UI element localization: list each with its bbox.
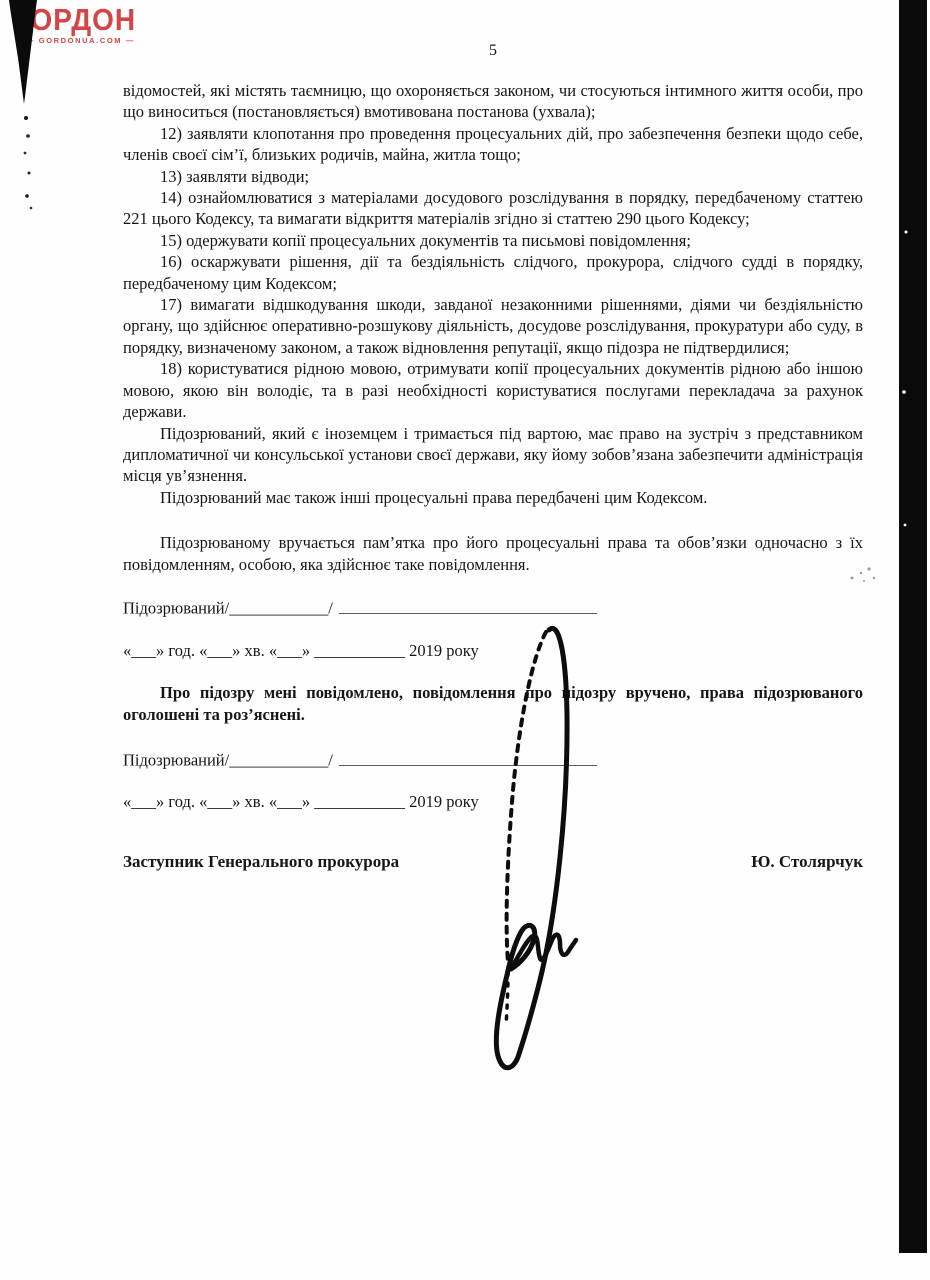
datetime-line-1: «___» год. «___» хв. «___» ___________ 2…: [123, 640, 863, 661]
gordon-logo-subtext: — GORDONUA.COM —: [26, 36, 136, 45]
paragraph-item-14: 14) ознайомлюватися з матеріалами досудо…: [123, 187, 863, 230]
paragraph-continuation: відомостей, які містять таємницю, що охо…: [123, 80, 863, 123]
suspect-label: Підозрюваний/: [123, 751, 229, 770]
paragraph-item-16: 16) оскаржувати рішення, дії та бездіяль…: [123, 251, 863, 294]
slash-separator: /: [328, 751, 333, 770]
paragraph-foreigner: Підозрюваний, який є іноземцем і тримаєт…: [123, 423, 863, 487]
paragraph-item-18: 18) користуватися рідною мовою, отримува…: [123, 358, 863, 422]
signature-blank: ____________: [229, 599, 328, 618]
gordon-watermark: ГОРДОН — GORDONUA.COM —: [14, 6, 136, 45]
datetime-line-2: «___» год. «___» хв. «___» ___________ 2…: [123, 791, 863, 812]
suspect-label: Підозрюваний/: [123, 599, 229, 618]
suspect-signature-line-2: Підозрюваний/____________/: [123, 749, 863, 771]
paragraph-item-15: 15) одержувати копії процесуальних докум…: [123, 230, 863, 251]
suspect-signature-line-1: Підозрюваний/____________/: [123, 597, 863, 619]
gordon-logo-text: ГОРДОН: [14, 6, 136, 34]
signature-rule: [339, 597, 597, 614]
paragraph-other-rights: Підозрюваний має також інші процесуальні…: [123, 487, 863, 508]
signature-blank: ____________: [229, 751, 328, 770]
signatory-title: Заступник Генерального прокурора: [123, 851, 399, 873]
acknowledgement-paragraph: Про підозру мені повідомлено, повідомлен…: [123, 682, 863, 725]
signatory-row: Заступник Генерального прокурора Ю. Стол…: [123, 851, 863, 873]
page-number: 5: [123, 42, 863, 60]
scan-edge-bar-right: [899, 0, 927, 1253]
paragraph-item-13: 13) заявляти відводи;: [123, 166, 863, 187]
document-body: відомостей, які містять таємницю, що охо…: [123, 80, 863, 873]
signatory-name: Ю. Столярчук: [751, 851, 863, 873]
scanned-document-page: ГОРДОН — GORDONUA.COM — 5 відомостей, як…: [0, 0, 930, 1280]
paragraph-item-12: 12) заявляти клопотання про проведення п…: [123, 123, 863, 166]
signature-rule: [339, 749, 597, 766]
paragraph-item-17: 17) вимагати відшкодування шкоди, завдан…: [123, 294, 863, 358]
slash-separator: /: [328, 599, 333, 618]
paragraph-memo: Підозрюваному вручається пам’ятка про йо…: [123, 532, 863, 575]
